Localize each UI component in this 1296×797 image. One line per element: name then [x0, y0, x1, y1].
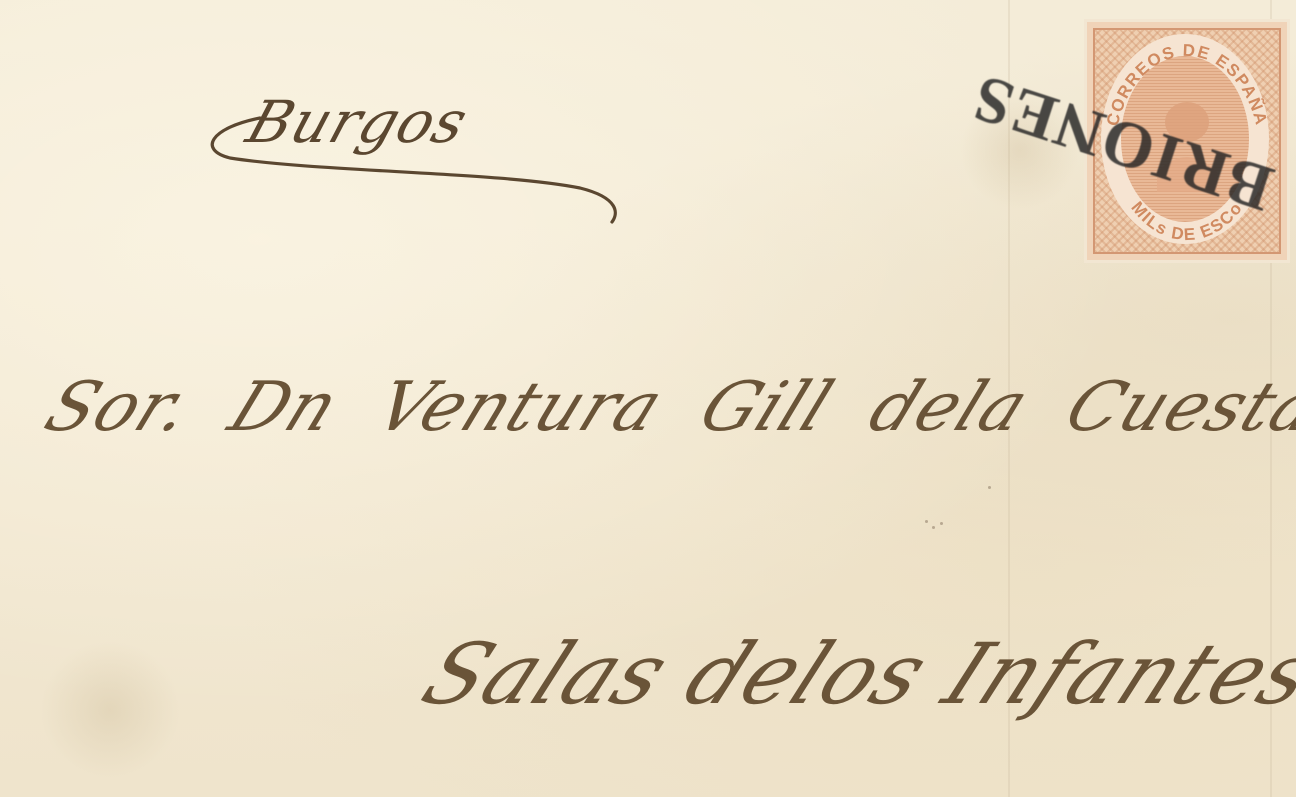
destination-word-2: delos [671, 625, 944, 723]
ink-speck [925, 520, 928, 523]
address-line-1: Sor.DnVenturaGilldelaCuesta [34, 368, 1296, 447]
address-first-name: Ventura [365, 368, 675, 447]
destination-word-1: Salas [408, 625, 684, 723]
address-particle: dela [858, 368, 1040, 447]
address-surname-1: Gill [689, 368, 844, 447]
destination-word-3: Infantes [930, 625, 1296, 723]
postal-cover: Burgos CORREOS DE ESPAÑA MILs DE ESCo BR… [0, 0, 1296, 797]
address-title: Sor. [34, 368, 204, 447]
ink-speck [988, 486, 991, 489]
ink-speck [932, 526, 935, 529]
flourish-underline [200, 110, 630, 230]
ink-speck [940, 522, 943, 525]
address-surname-2: Cuesta [1054, 368, 1296, 447]
address-line-2: SalasdelosInfantes [408, 625, 1296, 723]
paper-stain [40, 640, 180, 780]
address-honorific: Dn [218, 368, 350, 447]
